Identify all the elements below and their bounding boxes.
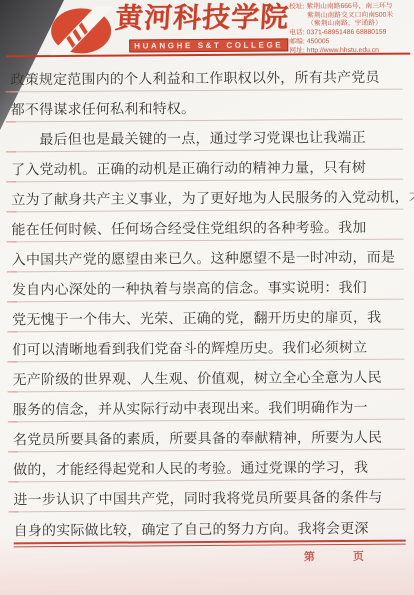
manuscript-line: 了入党动机。正确的动机是正确行动的精神力量，只有树 [11,150,403,183]
contact-info-block: 校址:紫荆山南路666号，南三环与 紫荆山南路交叉口向南500米 （紫荆山南路，… [289,1,414,55]
manuscript-line: 最后但也是最关键的一点，通过学习党课也让我端正 [11,120,403,153]
manuscript-line: 无产阶级的世界观、人生观、价值观，树立全心全意为人民 [12,360,404,393]
handwritten-body: 政策规定范围内的个人利益和工作职权以外，所有共产党员 都不得谋求任何私利和特权。… [0,55,414,543]
huanghe-logo-icon [50,7,112,60]
letterhead-header: 黄河科技学院 HUANGHE S&T COLLEGE 校址:紫荆山南路666号，… [0,0,412,53]
document-photo: 黄河科技学院 HUANGHE S&T COLLEGE 校址:紫荆山南路666号，… [0,0,414,595]
school-name-english: HUANGHE S&T COLLEGE [129,38,288,52]
manuscript-line: 自身的实际做比较，确定了自己的努力方向。我将会更深 [13,510,405,543]
school-title-block: 黄河科技学院 HUANGHE S&T COLLEGE [115,2,289,53]
manuscript-line: 政策规定范围内的个人利益和工作职权以外，所有共产党员 [10,60,402,93]
page-suffix-label: 页 [353,551,364,563]
manuscript-line: 服务的信念，并从实际行动中表现出来。我们明确作为一 [13,390,405,423]
page-prefix-label: 第 [304,551,315,563]
manuscript-line: 发自内心深处的一种执着与崇高的信念。事实说明：我们 [12,270,404,303]
page-number-footer: 第页 [2,548,414,567]
manuscript-line: 入中国共产党的愿望由来已久。这种愿望不是一时冲动，而是 [12,240,404,273]
manuscript-line: 都不得谋求任何私利和特权。 [11,90,403,123]
manuscript-line: 做的，才能经得起党和人民的考验。通过党课的学习，我 [13,450,405,483]
school-name-chinese: 黄河科技学院 [114,2,290,35]
letterhead-page: 黄河科技学院 HUANGHE S&T COLLEGE 校址:紫荆山南路666号，… [0,0,414,595]
manuscript-line: 们可以清晰地看到我们党奋斗的辉煌历史。我们必须树立 [12,330,404,363]
manuscript-line: 能在任何时候、任何场合经受住党组织的各种考验。我加 [11,210,403,243]
manuscript-line: 进一步认识了中国共产党，同时我将党员所要具备的条件与 [13,480,405,513]
manuscript-line: 名党员所要具备的素质，所要具备的奉献精神，所要为人民 [13,420,405,453]
manuscript-line: 党无愧于一个伟大、光荣、正确的党，翻开历史的扉页，我 [12,300,404,333]
manuscript-line: 立为了献身共产主义事业，为了更好地为人民服务的入党动机，才 [11,180,403,213]
contact-website-line: 网址:http://www.hhstu.edu.cn [289,46,414,56]
